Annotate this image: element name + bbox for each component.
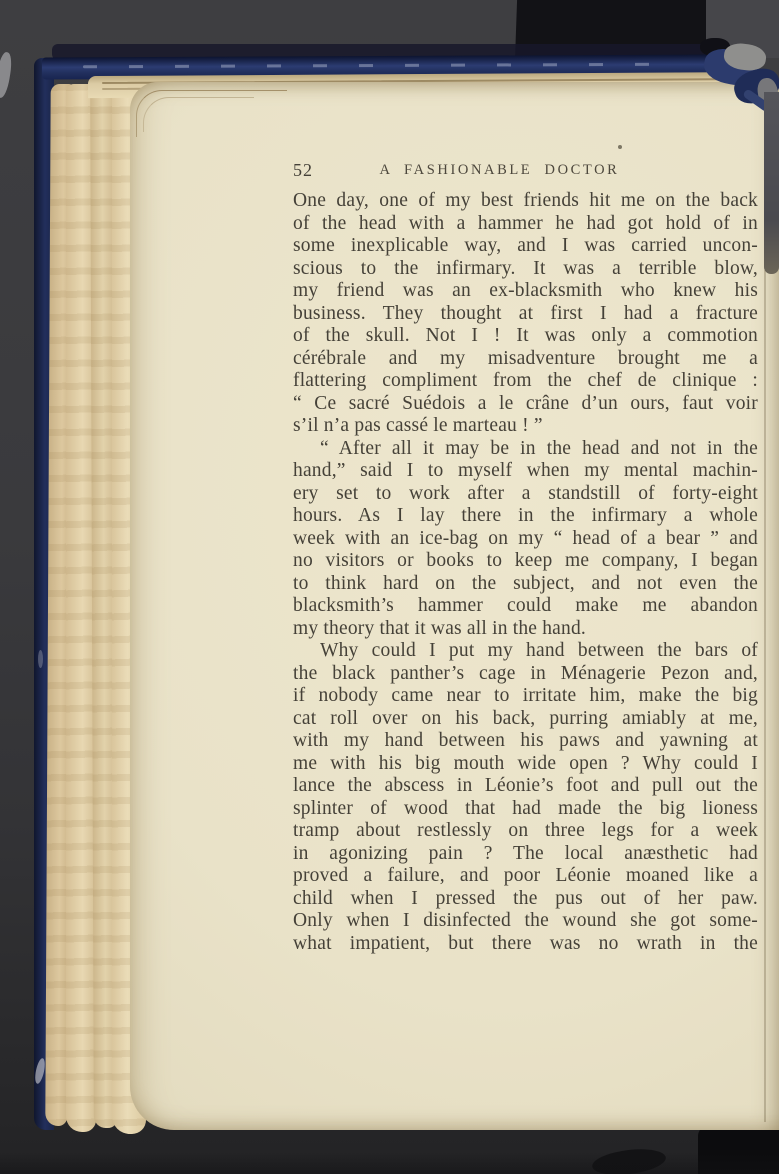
text-line: my theory that it was all in the hand. [293,618,758,641]
text-line: ery set to work after a standstill of fo… [293,483,758,506]
text-line: in agonizing pain ? The local anæsthetic… [293,843,758,866]
text-line: “ After all it may be in the head and no… [293,438,758,461]
text-column: 52 A FASHIONABLE DOCTOR One day, one of … [293,160,758,190]
under-page-corner-line [143,97,254,132]
text-line: “ Ce sacré Suédois a le crâne d’un ours,… [293,393,758,416]
text-line: no visitors or books to keep me company,… [293,550,758,573]
text-line: blacksmith’s hammer could make me abando… [293,595,758,618]
text-line: with my hand between his paws and yawnin… [293,730,758,753]
text-line: child when I pressed the pus out of her … [293,888,758,911]
text-line: what impatient, but there was no wrath i… [293,933,758,956]
text-line: lance the abscess in Léonie’s foot and p… [293,775,758,798]
text-line: Only when I disinfected the wound she go… [293,910,758,933]
text-line: of the skull. Not I ! It was only a comm… [293,325,758,348]
running-title: A FASHIONABLE DOCTOR [267,162,732,179]
paper-speck [618,145,622,149]
text-line: hand,” said I to myself when my mental m… [293,460,758,483]
text-line: to think hard on the subject, and not ev… [293,573,758,596]
page-right-crease [764,270,766,1122]
text-line: proved a failure, and poor Léonie moaned… [293,865,758,888]
text-line: scious to the infirmary. It was a terrib… [293,258,758,281]
text-line: me with his big mouth wide open ? Why co… [293,753,758,776]
text-line: One day, one of my best friends hit me o… [293,190,758,213]
text-line: cat roll over on his back, purring amiab… [293,708,758,731]
text-line: my friend was an ex-blacksmith who knew … [293,280,758,303]
text-line: of the head with a hammer he had got hol… [293,213,758,236]
running-header: 52 A FASHIONABLE DOCTOR [293,160,758,190]
book-scan-photo: 52 A FASHIONABLE DOCTOR One day, one of … [0,0,779,1174]
text-line: the black panther’s cage in Ménagerie Pe… [293,663,758,686]
text-line: business. They thought at first I had a … [293,303,758,326]
text-line: splinter of wood that had made the big l… [293,798,758,821]
stray-fiber [0,51,14,98]
text-line: hours. As I lay there in the infirmary a… [293,505,758,528]
background-bottom-band [0,1152,779,1174]
text-line: cérébrale and my misadventure brought me… [293,348,758,371]
text-line: Why could I put my hand between the bars… [293,640,758,663]
spine-scuff [38,650,43,668]
text-line: if nobody came near to irritate him, mak… [293,685,758,708]
text-line: week with an ice-bag on my “ head of a b… [293,528,758,551]
text-line: some inexplicable way, and I was carried… [293,235,758,258]
text-line: s’il n’a pas cassé le marteau ! ” [293,415,758,438]
board-edge-right [764,92,779,274]
text-line: tramp about restlessly on three legs for… [293,820,758,843]
text-block: One day, one of my best friends hit me o… [293,190,758,955]
text-line: flattering compliment from the chef de c… [293,370,758,393]
